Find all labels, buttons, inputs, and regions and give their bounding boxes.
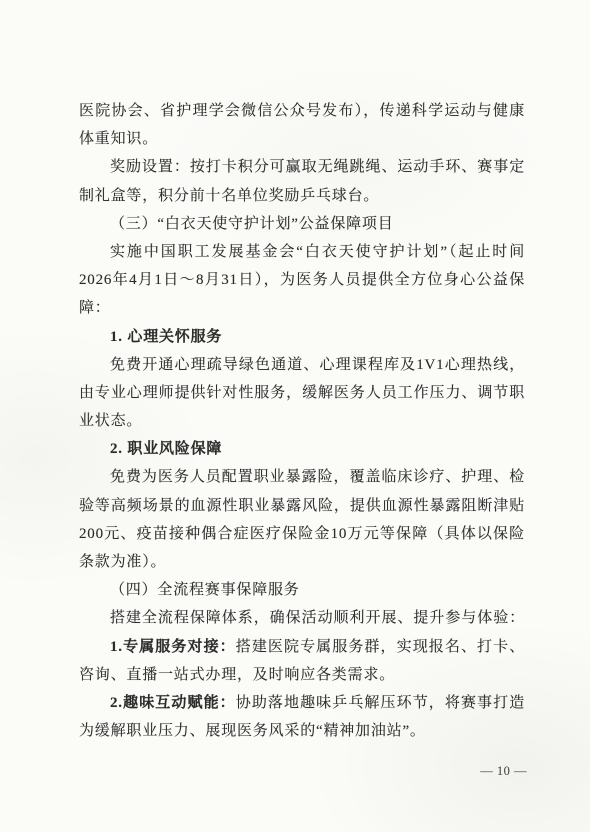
- page-number: — 10 —: [480, 764, 527, 779]
- text-run: 为缓解职业压力、展现医务风采的“精神加油站”。: [79, 723, 426, 739]
- text-run: （四）全流程赛事保障服务: [110, 582, 300, 598]
- text-line: 验等高频场景的血源性职业暴露风险，提供血源性暴露阻断津贴: [79, 492, 525, 520]
- text-run: （三）“白衣天使守护计划”公益保障项目: [110, 216, 394, 232]
- text-run: 由专业心理师提供针对性服务，缓解医务人员工作压力、调节职: [79, 385, 525, 401]
- text-run: 咨询、直播一站式办理，及时响应各类需求。: [79, 667, 395, 683]
- document-body: 医院协会、省护理学会微信公众号发布），传递科学运动与健康体重知识。奖励设置：按打…: [79, 97, 525, 745]
- bold-text-run: 2. 职业风险保障: [110, 441, 222, 457]
- text-line: 免费开通心理疏导绿色通道、心理课程库及1V1心理热线，: [79, 351, 525, 379]
- text-line: 奖励设置：按打卡积分可赢取无绳跳绳、运动手环、赛事定: [79, 153, 525, 181]
- text-line: 业状态。: [79, 407, 525, 435]
- text-run: 协助落地趣味乒乓解压环节，将赛事打造: [236, 695, 525, 711]
- text-run: 验等高频场景的血源性职业暴露风险，提供血源性暴露阻断津贴: [79, 498, 525, 514]
- text-line: 体重知识。: [79, 125, 525, 153]
- bold-text-run: 2.趣味互动赋能：: [110, 695, 236, 711]
- document-page: 医院协会、省护理学会微信公众号发布），传递科学运动与健康体重知识。奖励设置：按打…: [0, 0, 590, 832]
- text-run: 业状态。: [79, 413, 142, 429]
- text-run: 200元、疫苗接种偶合症医疗保险金10万元等保障（具体以保险: [79, 526, 525, 542]
- text-line: 为缓解职业压力、展现医务风采的“精神加油站”。: [79, 717, 525, 745]
- text-line: 200元、疫苗接种偶合症医疗保险金10万元等保障（具体以保险: [79, 520, 525, 548]
- text-run: 奖励设置：按打卡积分可赢取无绳跳绳、运动手环、赛事定: [110, 159, 525, 175]
- text-line: 搭建全流程保障体系，确保活动顺利开展、提升参与体验：: [79, 604, 525, 632]
- text-run: 医院协会、省护理学会微信公众号发布），传递科学运动与健康: [79, 103, 525, 119]
- text-line: 实施中国职工发展基金会“白衣天使守护计划”（起止时间: [79, 238, 525, 266]
- text-run: 实施中国职工发展基金会“白衣天使守护计划”（起止时间: [110, 244, 525, 260]
- text-line: （三）“白衣天使守护计划”公益保障项目: [79, 210, 525, 238]
- text-run: 搭建医院专属服务群，实现报名、打卡、: [236, 639, 525, 655]
- text-line: 咨询、直播一站式办理，及时响应各类需求。: [79, 661, 525, 689]
- text-line: 制礼盒等，积分前十名单位奖励乒乓球台。: [79, 182, 525, 210]
- text-run: 障：: [79, 300, 111, 316]
- text-run: 搭建全流程保障体系，确保活动顺利开展、提升参与体验：: [110, 610, 525, 626]
- text-run: 体重知识。: [79, 131, 158, 147]
- text-line: 1. 心理关怀服务: [79, 323, 525, 351]
- text-line: （四）全流程赛事保障服务: [79, 576, 525, 604]
- text-run: 免费开通心理疏导绿色通道、心理课程库及1V1心理热线，: [110, 357, 525, 373]
- text-line: 1.专属服务对接：搭建医院专属服务群，实现报名、打卡、: [79, 633, 525, 661]
- text-run: 免费为医务人员配置职业暴露险，覆盖临床诊疗、护理、检: [110, 469, 525, 485]
- text-run: 制礼盒等，积分前十名单位奖励乒乓球台。: [79, 188, 379, 204]
- text-line: 障：: [79, 294, 525, 322]
- bold-text-run: 1. 心理关怀服务: [110, 329, 222, 345]
- text-run: 条款为准）。: [79, 554, 166, 570]
- text-line: 条款为准）。: [79, 548, 525, 576]
- text-line: 2026年4月1日～8月31日），为医务人员提供全方位身心公益保: [79, 266, 525, 294]
- text-line: 由专业心理师提供针对性服务，缓解医务人员工作压力、调节职: [79, 379, 525, 407]
- text-line: 医院协会、省护理学会微信公众号发布），传递科学运动与健康: [79, 97, 525, 125]
- bold-text-run: 1.专属服务对接：: [110, 639, 236, 655]
- text-line: 2.趣味互动赋能：协助落地趣味乒乓解压环节，将赛事打造: [79, 689, 525, 717]
- text-line: 免费为医务人员配置职业暴露险，覆盖临床诊疗、护理、检: [79, 463, 525, 491]
- text-run: 2026年4月1日～8月31日），为医务人员提供全方位身心公益保: [79, 272, 525, 288]
- text-line: 2. 职业风险保障: [79, 435, 525, 463]
